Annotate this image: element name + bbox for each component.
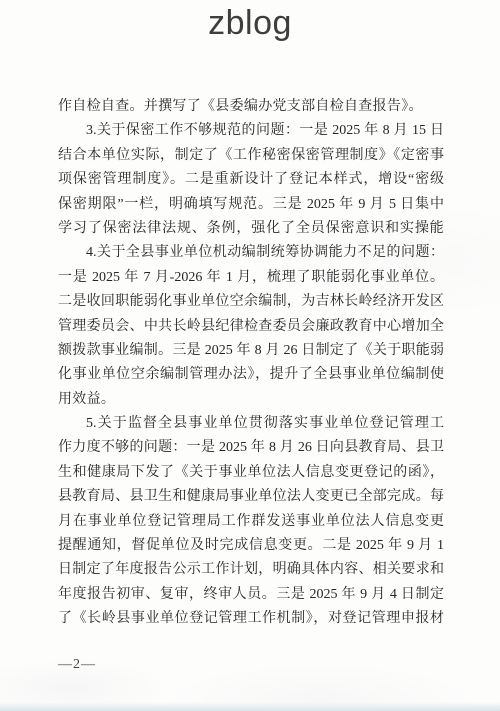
scan-page-edge: [0, 702, 500, 711]
site-logo: zblog: [0, 4, 500, 43]
document-line: 县教育局、县卫生和健康局事业单位法人变更已全部完成。每: [58, 485, 444, 509]
document-line: 5.关于监督全县事业单位贯彻落实事业单位登记管理工: [58, 412, 444, 436]
document-line: 日制定了年度报告公示工作计划，明确具体内容、相关要求和: [58, 558, 444, 582]
document-line: 管理委员会、中共长岭县纪律检查委员会廉政教育中心增加全: [58, 315, 444, 339]
document-line: 用效益。: [58, 388, 444, 412]
document-line: 保密期限”一栏，明确填写规范。三是 2025 年 9 月 5 日集中: [58, 193, 444, 217]
document-line: 化事业单位空余编制管理办法》，提升了全县事业单位编制使: [58, 363, 444, 387]
document-line: 4.关于全县事业单位机动编制统筹协调能力不足的问题：: [58, 241, 444, 265]
document-line: 项保密管理制度》。二是重新设计了登记本样式，增设“密级: [58, 168, 444, 192]
document-line: 额拨款事业编制。三是 2025 年 8 月 26 日制定了《关于职能弱: [58, 339, 444, 363]
document-line: 学习了保密法律法规、条例，强化了全员保密意识和实操能力。: [58, 217, 444, 241]
document-line: 月在事业单位登记管理局工作群发送事业单位法人信息变更: [58, 510, 444, 534]
document-body: 作自检自查。并撰写了《县委编办党支部自检自查报告》。3.关于保密工作不够规范的问…: [58, 95, 444, 632]
document-line: 了《长岭县事业单位登记管理工作机制》，对登记管理申报材: [58, 607, 444, 631]
page-number: —2—: [58, 657, 96, 673]
scanned-document-page: zblog 作自检自查。并撰写了《县委编办党支部自检自查报告》。3.关于保密工作…: [0, 0, 500, 711]
document-line: 3.关于保密工作不够规范的问题：一是 2025 年 8 月 15 日: [58, 119, 444, 143]
document-line: 结合本单位实际，制定了《工作秘密保密管理制度》《定密事: [58, 144, 444, 168]
document-line: 一是 2025 年 7 月-2026 年 1 月，梳理了职能弱化事业单位。: [58, 266, 444, 290]
document-line: 年度报告初审、复审，终审人员。三是 2025 年 9 月 4 日制定: [58, 583, 444, 607]
document-line: 生和健康局下发了《关于事业单位法人信息变更登记的函》，: [58, 461, 444, 485]
document-line: 作自检自查。并撰写了《县委编办党支部自检自查报告》。: [58, 95, 444, 119]
document-line: 二是收回职能弱化事业单位空余编制，为吉林长岭经济开发区: [58, 290, 444, 314]
document-line: 提醒通知，督促单位及时完成信息变更。二是 2025 年 9 月 1: [58, 534, 444, 558]
document-line: 作力度不够的问题：一是 2025 年 8 月 26 日向县教育局、县卫: [58, 436, 444, 460]
